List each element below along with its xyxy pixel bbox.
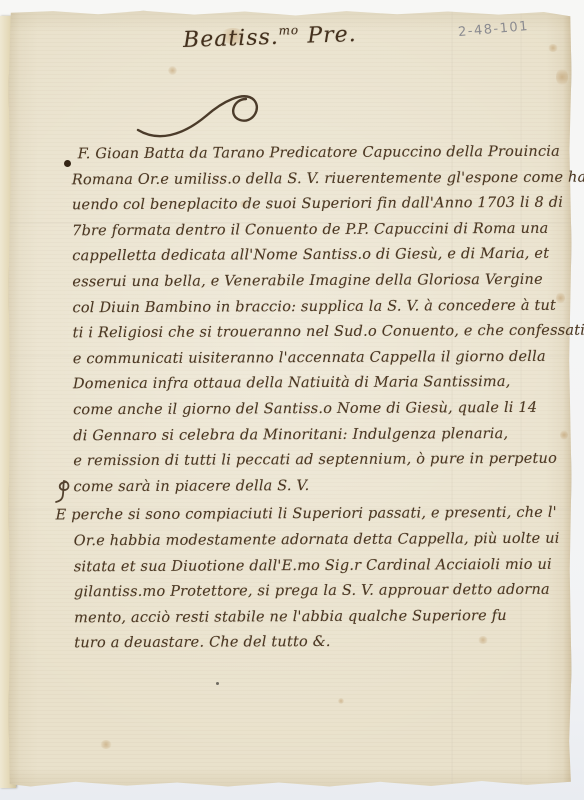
- letter-line: sitata et sua Diuotione dall'E.mo Sig.r …: [74, 552, 560, 580]
- foxing-spot: [168, 66, 177, 75]
- letter-line: col Diuin Bambino in braccio: supplica l…: [72, 293, 558, 321]
- letter-line: uendo col beneplacito de suoi Superiori …: [72, 191, 558, 219]
- letter-line: come anche il giorno del Santiss.o Nome …: [73, 396, 559, 424]
- letter-line: F. Gioan Batta da Tarano Predicatore Cap…: [72, 140, 558, 168]
- foxing-spot: [556, 68, 568, 86]
- letter-line: Romana Or.e umiliss.o della S. V. riuere…: [72, 165, 558, 193]
- letter-line: E perche si sono compiaciuti li Superior…: [56, 501, 560, 529]
- letter-line: di Gennaro si celebra da Minoritani: Ind…: [73, 421, 559, 449]
- paragraph-mark-icon: [52, 478, 74, 504]
- manuscript-scan: 2-48-101 Beatiss.mo Pre. F. Gioan Batta …: [0, 0, 584, 800]
- letter-line: e communicati uisiteranno l'accennata Ca…: [73, 344, 559, 372]
- foxing-spot: [100, 740, 112, 749]
- salutation-base: Beatiss.: [183, 25, 280, 53]
- stray-dot: [216, 682, 219, 685]
- letter-line: e remission di tutti li peccati ad septe…: [73, 447, 559, 475]
- salutation-rest: Pre.: [307, 22, 357, 49]
- letter-line: ti i Religiosi che si troueranno nel Sud…: [73, 319, 559, 347]
- letter-line: esserui una bella, e Venerabile Imagine …: [72, 268, 558, 296]
- calligraphic-flourish-icon: [132, 84, 272, 144]
- letter-line: come sarà in piacere della S. V.: [73, 472, 559, 500]
- letter-line: 7bre formata dentro il Conuento de P.P. …: [72, 217, 558, 245]
- foxing-spot: [548, 44, 558, 52]
- salutation-superscript: mo: [278, 23, 299, 38]
- letter-line: Or.e habbia modestamente adornata detta …: [74, 527, 560, 555]
- letter-line: gilantiss.mo Protettore, si prega la S. …: [74, 578, 560, 606]
- letter-line: cappelletta dedicata all'Nome Santiss.o …: [72, 242, 558, 270]
- letter-line: mento, acciò resti stabile ne l'abbia qu…: [74, 603, 560, 631]
- ink-blot: [64, 160, 71, 167]
- foxing-spot: [338, 698, 344, 704]
- foxing-spot: [560, 430, 568, 440]
- letter-line: Domenica infra ottaua della Natiuità di …: [73, 370, 559, 398]
- letter-body: F. Gioan Batta da Tarano Predicatore Cap…: [72, 140, 561, 657]
- letter-line: turo a deuastare. Che del tutto &.: [74, 629, 560, 657]
